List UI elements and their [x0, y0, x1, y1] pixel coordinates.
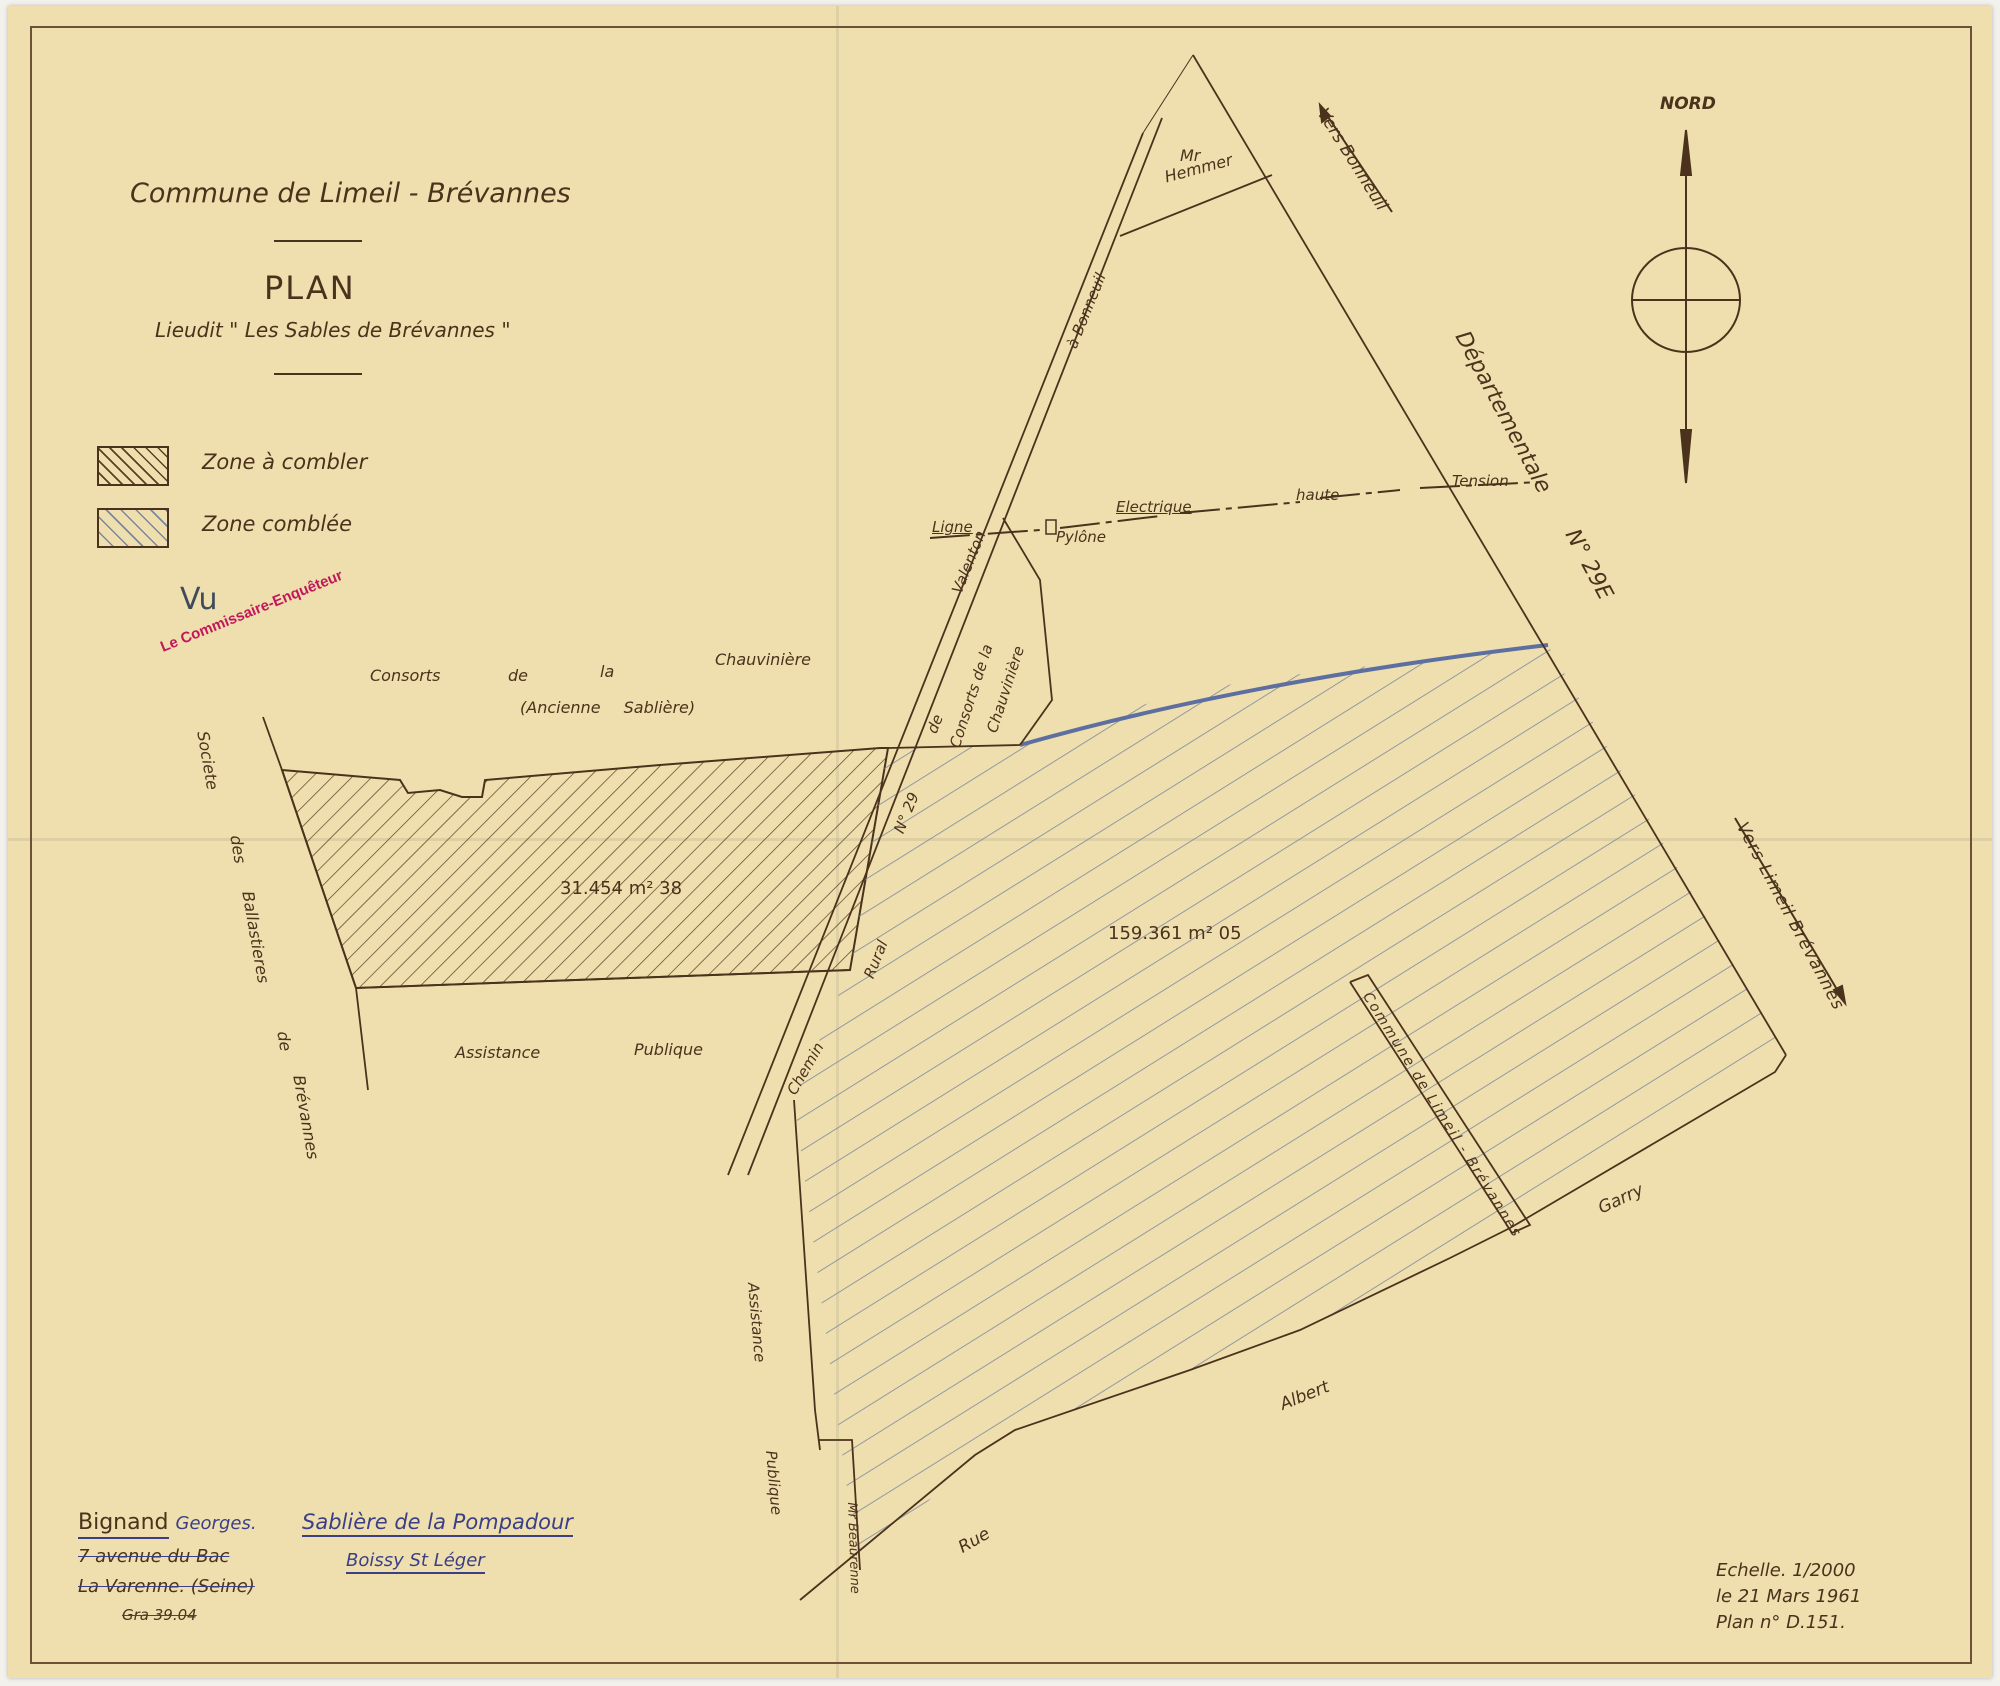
company-town: Boissy St Léger — [346, 1552, 485, 1574]
label-assistance-1: Assistance — [455, 1045, 540, 1061]
area-comblee: 159.361 m² 05 — [1108, 925, 1242, 943]
label-publique-1: Publique — [634, 1042, 703, 1058]
lieudit-subtitle: Lieudit " Les Sables de Brévannes " — [155, 320, 511, 340]
compass-label: NORD — [1660, 96, 1716, 113]
owner-address-line1: 7 avenue du Bac — [78, 1548, 229, 1566]
owner-name: Bignand Georges. — [78, 1512, 257, 1534]
scale-label: Echelle. 1/2000 — [1716, 1562, 1856, 1580]
zone-comblee — [794, 645, 1786, 1570]
label-mr-beaurenne: Mr Beaurenne — [845, 1502, 861, 1594]
date-label: le 21 Mars 1961 — [1716, 1588, 1861, 1606]
label-ancienne-sabliere: (Ancienne Sablière) — [520, 700, 695, 716]
title-rule-top — [274, 240, 362, 242]
label-consorts-upper-3: la — [600, 664, 614, 680]
label-ligne: Ligne — [932, 520, 973, 535]
north-compass-icon — [1632, 130, 1740, 483]
high-tension-line — [930, 482, 1540, 538]
stamp-annotation: Vu — [180, 585, 218, 615]
legend-label-comblee: Zone comblée — [202, 514, 352, 535]
label-electrique: Electrique — [1116, 500, 1192, 515]
label-haute: haute — [1296, 488, 1339, 503]
label-consorts-upper-2: de — [508, 668, 528, 684]
owner-first-name: Georges. — [176, 1513, 257, 1534]
cadastral-plan-drawing — [0, 0, 2000, 1686]
label-de: de — [274, 1030, 293, 1052]
label-publique-2: Publique — [763, 1450, 784, 1516]
label-tension: Tension — [1452, 474, 1509, 489]
pylon-icon — [1046, 520, 1056, 534]
legend-swatch-a-combler — [97, 446, 169, 486]
company-name: Sablière de la Pompadour — [302, 1512, 573, 1537]
owner-phone: Gra 39.04 — [122, 1608, 197, 1623]
legend-label-a-combler: Zone à combler — [202, 452, 367, 473]
owner-address-line2: La Varenne. (Seine) — [78, 1578, 255, 1596]
zone-a-combler — [282, 748, 888, 988]
label-consorts-upper-1: Consorts — [370, 668, 440, 684]
plan-number-label: Plan n° D.151. — [1716, 1614, 1846, 1632]
plan-title: PLAN — [264, 272, 356, 304]
legend-swatch-comblee — [97, 508, 169, 548]
label-des: des — [227, 834, 248, 865]
label-consorts-upper-4: Chauvinière — [715, 652, 811, 668]
area-a-combler: 31.454 m² 38 — [560, 880, 682, 898]
title-rule-bottom — [274, 373, 362, 375]
label-pylone: Pylône — [1056, 530, 1106, 545]
owner-surname: Bignand — [78, 1510, 169, 1539]
commune-title: Commune de Limeil - Brévannes — [130, 180, 571, 207]
